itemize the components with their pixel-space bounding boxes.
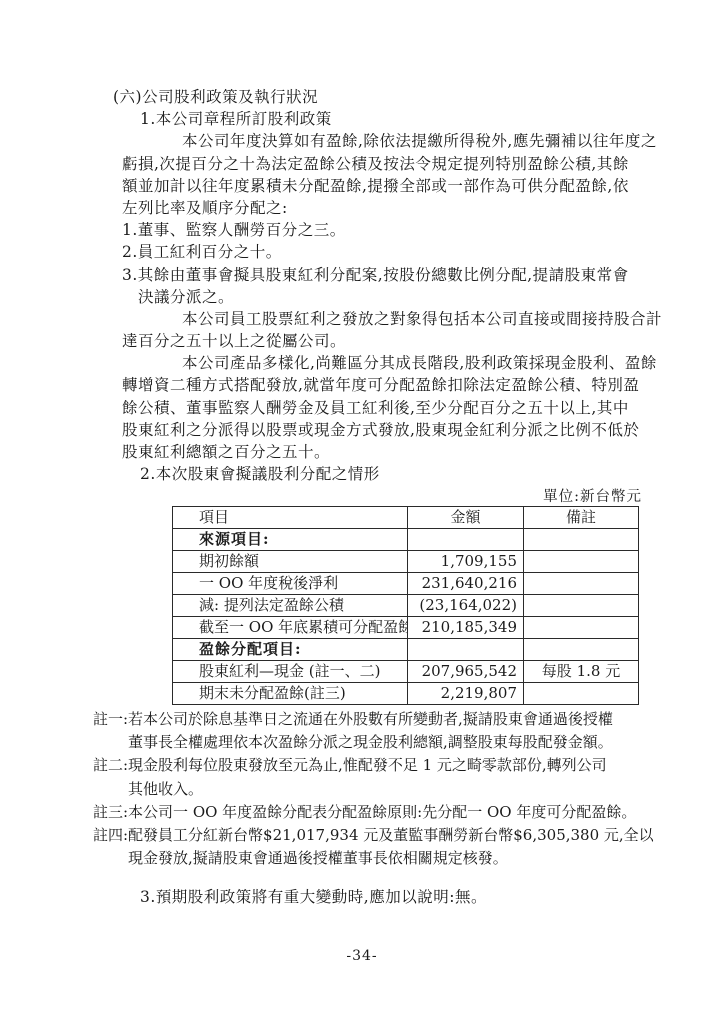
cell-item: 盈餘分配項目: xyxy=(173,639,408,661)
table-header-row: 項目 金額 備註 xyxy=(173,507,639,529)
cell-note: 每股 1.8 元 xyxy=(524,661,639,683)
table-row: 一 OO 年度稅後淨利 231,640,216 xyxy=(173,573,639,595)
cell-item: 股東紅利—現金 (註一、二) xyxy=(173,661,408,683)
policy-list-item: 3.其餘由董事會擬具股東紅利分配案,按股份總數比例分配,提請股東常會 xyxy=(122,264,724,286)
cell-note xyxy=(524,529,639,551)
page-number: -34- xyxy=(0,948,724,964)
policy-line: 虧損,次提百分之十為法定盈餘公積及按法令規定提列特別盈餘公積,其餘 xyxy=(122,153,724,175)
policy-line: 額並加計以往年度累積未分配盈餘,提撥全部或一部作為可供分配盈餘,依 xyxy=(122,175,724,197)
cell-amount: 231,640,216 xyxy=(408,573,524,595)
policy-line: 餘公積、董事監察人酬勞金及員工紅利後,至少分配百分之五十以上,其中 xyxy=(122,397,724,419)
dividend-table: 項目 金額 備註 來源項目: 期初餘額 1,709,155 一 OO 年度稅後淨… xyxy=(172,506,639,705)
note-1-line-1: 註一:若本公司於除息基準日之流通在外股數有所變動者,擬請股東會通過後授權 xyxy=(93,708,724,731)
policy-line: 股東紅利總額之百分之五十。 xyxy=(122,441,724,463)
table-row: 期末未分配盈餘(註三) 2,219,807 xyxy=(173,683,639,705)
table-row: 期初餘額 1,709,155 xyxy=(173,551,639,573)
cell-amount: 2,219,807 xyxy=(408,683,524,705)
notes-block: 註一:若本公司於除息基準日之流通在外股數有所變動者,擬請股東會通過後授權 董事長… xyxy=(0,708,724,870)
policy-line: 決議分派之。 xyxy=(138,286,724,308)
cell-amount: 210,185,349 xyxy=(408,617,524,639)
policy-line: 左列比率及順序分配之: xyxy=(122,197,724,219)
policy-line: 達百分之五十以上之從屬公司。 xyxy=(122,330,724,352)
policy-line: 本公司員工股票紅利之發放之對象得包括本公司直接或間接持股合計 xyxy=(122,308,724,330)
table-row: 截至一 OO 年底累積可分配盈餘 210,185,349 xyxy=(173,617,639,639)
cell-note xyxy=(524,551,639,573)
cell-amount: (23,164,022) xyxy=(408,595,524,617)
table-row: 盈餘分配項目: xyxy=(173,639,639,661)
policy-line: 股東紅利之分派得以股票或現金方式發放,股東現金紅利分派之比例不低於 xyxy=(122,419,724,441)
column-header-item: 項目 xyxy=(173,507,408,529)
cell-item: 截至一 OO 年底累積可分配盈餘 xyxy=(173,617,408,639)
note-1-line-2: 董事長全權處理依本次盈餘分派之現金股利總額,調整股東每股配發金額。 xyxy=(128,731,724,754)
subsection1-title: 1.本公司章程所訂股利政策 xyxy=(140,108,724,130)
policy-list-item: 1.董事、監察人酬勞百分之三。 xyxy=(122,219,724,241)
cell-amount: 207,965,542 xyxy=(408,661,524,683)
cell-item: 來源項目: xyxy=(173,529,408,551)
cell-item: 期末未分配盈餘(註三) xyxy=(173,683,408,705)
policy-line: 轉增資二種方式搭配發放,就當年度可分配盈餘扣除法定盈餘公積、特別盈 xyxy=(122,374,724,396)
table-row: 減: 提列法定盈餘公積 (23,164,022) xyxy=(173,595,639,617)
section-title: (六)公司股利政策及執行狀況 xyxy=(113,86,724,108)
note-2-line-1: 註二:現金股利每位股東發放至元為止,惟配發不足 1 元之畸零款部份,轉列公司 xyxy=(93,754,724,777)
policy-line: 本公司年度決算如有盈餘,除依法提繳所得稅外,應先彌補以往年度之 xyxy=(122,130,724,152)
note-4-line-1: 註四:配發員工分紅新台幣$21,017,934 元及董監事酬勞新台幣$6,305… xyxy=(93,824,724,847)
cell-amount xyxy=(408,639,524,661)
cell-note xyxy=(524,595,639,617)
table-row: 來源項目: xyxy=(173,529,639,551)
note-3-line-1: 註三:本公司一 OO 年度盈餘分配表分配盈餘原則:先分配一 OO 年度可分配盈餘… xyxy=(93,801,724,824)
cell-note xyxy=(524,573,639,595)
column-header-amount: 金額 xyxy=(408,507,524,529)
subsection3-title: 3.預期股利政策將有重大變動時,應加以說明:無。 xyxy=(140,886,487,908)
unit-label: 單位:新台幣元 xyxy=(122,486,642,508)
cell-amount xyxy=(408,529,524,551)
note-2-line-2: 其他收入。 xyxy=(128,778,724,801)
cell-item: 一 OO 年度稅後淨利 xyxy=(173,573,408,595)
cell-note xyxy=(524,617,639,639)
cell-item: 減: 提列法定盈餘公積 xyxy=(173,595,408,617)
cell-item: 期初餘額 xyxy=(173,551,408,573)
cell-amount: 1,709,155 xyxy=(408,551,524,573)
cell-note xyxy=(524,683,639,705)
policy-list-item: 2.員工紅利百分之十。 xyxy=(122,241,724,263)
column-header-note: 備註 xyxy=(524,507,639,529)
cell-note xyxy=(524,639,639,661)
policy-text-block: (六)公司股利政策及執行狀況 1.本公司章程所訂股利政策 本公司年度決算如有盈餘… xyxy=(0,86,724,485)
subsection2-title: 2.本次股東會擬議股利分配之情形 xyxy=(140,463,724,485)
document-page: (六)公司股利政策及執行狀況 1.本公司章程所訂股利政策 本公司年度決算如有盈餘… xyxy=(0,0,724,1024)
note-4-line-2: 現金發放,擬請股東會通過後授權董事長依相關規定核發。 xyxy=(128,847,724,870)
table-row: 股東紅利—現金 (註一、二) 207,965,542 每股 1.8 元 xyxy=(173,661,639,683)
policy-line: 本公司產品多樣化,尚難區分其成長階段,股利政策採現金股利、盈餘 xyxy=(122,352,724,374)
